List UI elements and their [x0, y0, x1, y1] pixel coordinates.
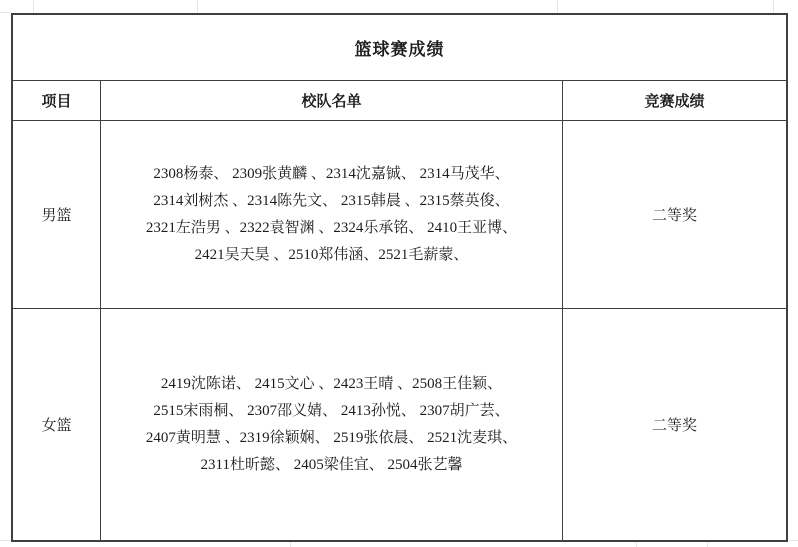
gridline — [197, 0, 198, 13]
table-cell-event-women: 女篮 — [13, 308, 100, 540]
table-title: 篮球赛成绩 — [13, 15, 786, 80]
table-cell-result-men: 二等奖 — [562, 120, 786, 308]
table-cell-event-men: 男篮 — [13, 120, 100, 308]
column-header-result: 竞赛成绩 — [562, 80, 786, 120]
table-cell-roster-women: 2419沈陈诺、 2415文心 、2423王晴 、2508王佳颖、 2515宋雨… — [100, 308, 562, 540]
table-cell-roster-men: 2308杨泰、 2309张黄麟 、2314沈嘉铖、 2314马茂华、 2314刘… — [100, 120, 562, 308]
gridline — [33, 0, 34, 13]
basketball-results-table: 篮球赛成绩 项目 校队名单 竞赛成绩 男篮 2308杨泰、 2309张黄麟 、2… — [11, 13, 788, 542]
table-cell-result-women: 二等奖 — [562, 308, 786, 540]
gridline — [0, 12, 11, 13]
gridline — [557, 0, 558, 13]
gridline — [0, 540, 11, 541]
column-header-roster: 校队名单 — [100, 80, 562, 120]
spreadsheet-canvas: 篮球赛成绩 项目 校队名单 竞赛成绩 男篮 2308杨泰、 2309张黄麟 、2… — [0, 0, 798, 547]
column-header-event: 项目 — [13, 80, 100, 120]
gridline — [773, 0, 774, 13]
